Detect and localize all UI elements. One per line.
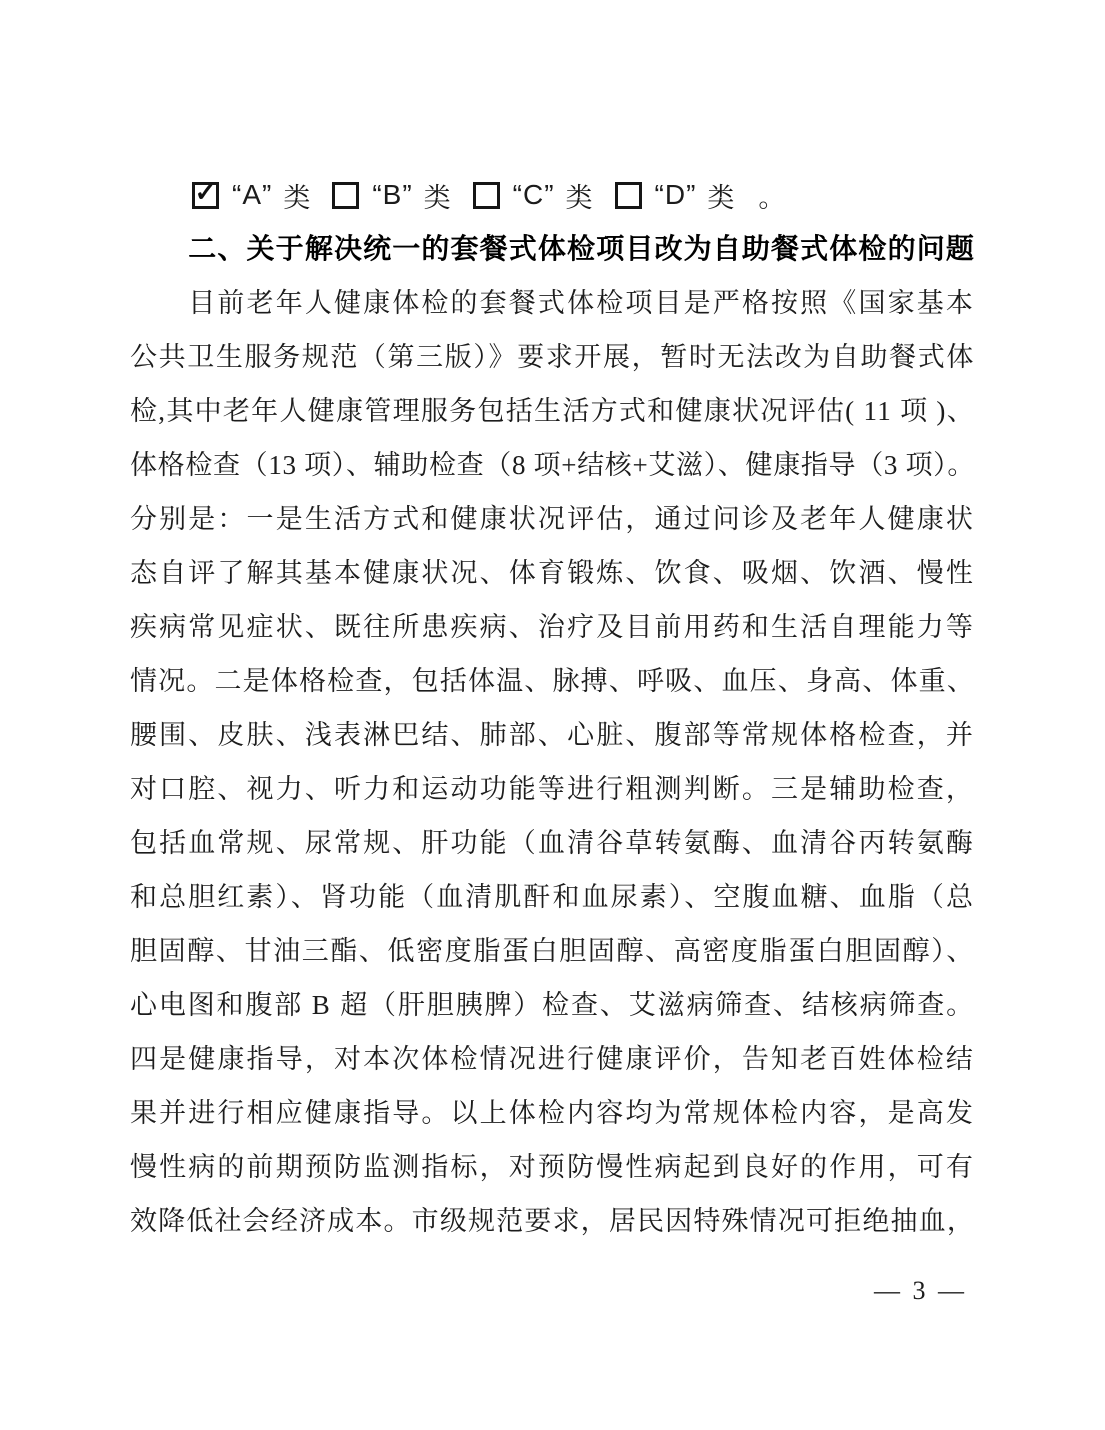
checkbox-unchecked-icon[interactable] <box>473 182 500 209</box>
body-line: 四是健康指导，对本次体检情况进行健康评价，告知老百姓体检结 <box>130 1032 975 1086</box>
option-suffix: 类 <box>707 176 734 215</box>
classification-option-d: “D” 类 <box>615 176 735 215</box>
body-line: 检,其中老年人健康管理服务包括生活方式和健康状况评估( 11 项 )、 <box>130 384 975 438</box>
option-suffix: 类 <box>566 176 593 215</box>
classification-option-c: “C” 类 <box>473 176 593 215</box>
body-line: 果并进行相应健康指导。以上体检内容均为常规体检内容，是高发 <box>130 1086 975 1140</box>
body-line: 和总胆红素）、肾功能（血清肌酐和血尿素）、空腹血糖、血脂（总 <box>130 870 975 924</box>
body-line: 胆固醇、甘油三酯、低密度脂蛋白胆固醇、高密度脂蛋白胆固醇）、 <box>130 924 975 978</box>
text-block: ✓ “A” 类 “B” 类 “C” 类 “D” 类 。 二、关于解决统一的 <box>130 168 975 1248</box>
body-line: 体格检查（13 项）、辅助检查（8 项+结核+艾滋）、健康指导（3 项）。 <box>130 438 975 492</box>
classification-option-a: ✓ “A” 类 <box>192 176 310 215</box>
option-suffix: 类 <box>424 176 451 215</box>
body-line: 效降低社会经济成本。市级规范要求，居民因特殊情况可拒绝抽血， <box>130 1194 975 1248</box>
option-letter: “A” <box>232 179 272 211</box>
body-line: 态自评了解其基本健康状况、体育锻炼、饮食、吸烟、饮酒、慢性 <box>130 546 975 600</box>
body-line: 情况。二是体格检查，包括体温、脉搏、呼吸、血压、身高、体重、 <box>130 654 975 708</box>
body-line: 分别是：一是生活方式和健康状况评估，通过问诊及老年人健康状 <box>130 492 975 546</box>
body-line: 心电图和腹部 B 超（肝胆胰脾）检查、艾滋病筛查、结核病筛查。 <box>130 978 975 1032</box>
option-letter: “D” <box>655 179 697 211</box>
body-line: 疾病常见症状、既往所患疾病、治疗及目前用药和生活自理能力等 <box>130 600 975 654</box>
body-line: 包括血常规、尿常规、肝功能（血清谷草转氨酶、血清谷丙转氨酶 <box>130 816 975 870</box>
check-mark-icon: ✓ <box>195 179 217 205</box>
classification-options-row: ✓ “A” 类 “B” 类 “C” 类 “D” 类 。 <box>130 168 975 222</box>
section-heading: 二、关于解决统一的套餐式体检项目改为自助餐式体检的问题 <box>130 222 975 276</box>
body-line: 慢性病的前期预防监测指标，对预防慢性病起到良好的作用，可有 <box>130 1140 975 1194</box>
checkbox-unchecked-icon[interactable] <box>332 182 359 209</box>
body-line: 目前老年人健康体检的套餐式体检项目是严格按照《国家基本 <box>130 276 975 330</box>
checkbox-checked-icon[interactable]: ✓ <box>192 182 219 209</box>
body-line: 对口腔、视力、听力和运动功能等进行粗测判断。三是辅助检查， <box>130 762 975 816</box>
page-number: — 3 — <box>874 1276 967 1306</box>
option-letter: “C” <box>513 179 555 211</box>
sentence-period: 。 <box>758 176 785 215</box>
body-line: 公共卫生服务规范（第三版）》要求开展，暂时无法改为自助餐式体 <box>130 330 975 384</box>
option-letter: “B” <box>372 179 412 211</box>
document-page: ✓ “A” 类 “B” 类 “C” 类 “D” 类 。 二、关于解决统一的 <box>0 0 1105 1430</box>
classification-option-b: “B” 类 <box>332 176 450 215</box>
option-suffix: 类 <box>283 176 310 215</box>
checkbox-unchecked-icon[interactable] <box>615 182 642 209</box>
body-line: 腰围、皮肤、浅表淋巴结、肺部、心脏、腹部等常规体格检查，并 <box>130 708 975 762</box>
